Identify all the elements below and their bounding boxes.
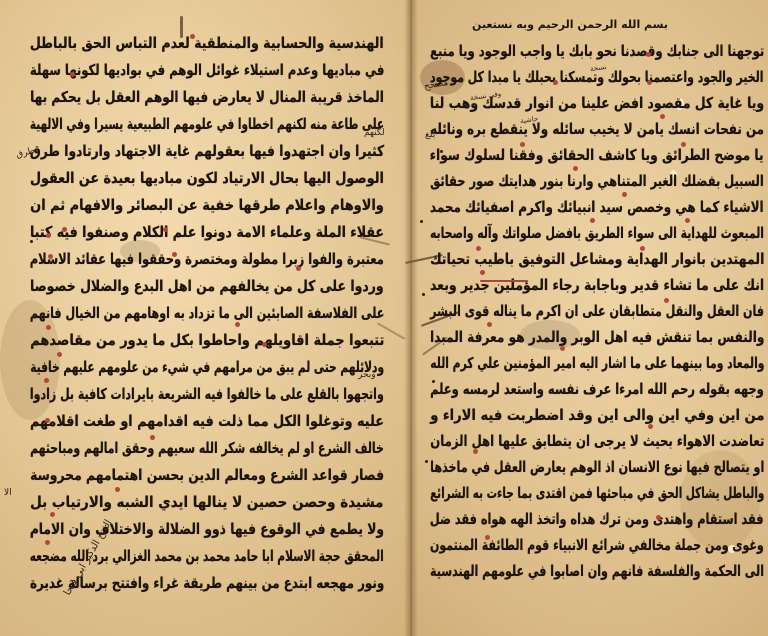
rubric-dot [480, 270, 485, 275]
text-line: الى الحكمة والفلسفة فانهم وان اصابوا في … [430, 562, 764, 580]
text-line: واتجهوا بالقلع على ما خالفوا فيه الشريعة… [30, 385, 384, 403]
text-line: فصار قواعد الشرع ومعالم الدين بحسن اهتما… [30, 466, 384, 484]
rubric-dot [48, 254, 53, 259]
rubric-dot [520, 142, 525, 147]
text-line: مشيدة وحصن حصين لا ينالها ايدي الشبه وال… [31, 493, 384, 511]
text-line: يا موضح الطرائق ويا كاشف الحقائق وفقنا ل… [430, 146, 764, 164]
text-line: فان العقل والنقل متطابقان على ان اكرم ما… [430, 302, 764, 320]
text-line: والمعاد وما بينهما على ما اشار اليه امير… [430, 354, 764, 372]
text-line: في مباديها وعدم استيلاء غوائل الوهم في ب… [30, 61, 384, 79]
text-line: وجهه بقوله رحم الله امرءا عرف نفسه واستع… [430, 380, 764, 398]
text-line: المهتدين بانوار الهداية ومشاعل التوفيق ب… [430, 250, 764, 268]
text-line: تعاضدت الاهواء بحيث لا يرجى ان يتطابق عل… [430, 432, 764, 450]
text-line: تتبعوا جملة اقاويلهم واحاطوا بكل ما يدور… [30, 331, 384, 349]
text-line: الهندسية والحسابية والمنطقية لعدم التباس… [30, 34, 384, 52]
ink-speck [425, 460, 428, 463]
text-line: انك على ما تشاء قدير وباجابة رجاء المؤمل… [430, 276, 764, 294]
text-line: وغوى ومن جملة مخالفي شرائع الانبياء قوم … [430, 536, 764, 554]
text-line: والباطل يشاكل الحق في مباحثها فمن اقتدى … [430, 484, 764, 502]
rubric-dot [685, 218, 690, 223]
text-line: الاشياء كما هي وخصص سيد انبيائك واكرم اص… [430, 198, 764, 216]
text-line: فقد استقام واهتدى ومن ترك هداه واتخذ اله… [430, 510, 764, 528]
left-page-text: الهندسية والحسابية والمنطقية لعدم التباس… [30, 0, 384, 636]
margin-note: الا [4, 488, 12, 498]
rubric-dot [115, 487, 120, 492]
ink-speck [440, 150, 443, 153]
ink-speck [420, 220, 423, 223]
text-line: الوصول اليها بحال الارتياد لكون مباديها … [30, 169, 384, 187]
text-line: من نفحات انسك يامن لا يخيب سائله ولا ينق… [430, 120, 764, 138]
rubric-dot [45, 540, 50, 545]
rubric-dot [150, 435, 155, 440]
text-line: السبيل بفضلك الغير المتناهي وارنا بنور ه… [430, 172, 764, 190]
text-line: كثيرا وان اجتهدوا فيها بعقولهم غاية الاج… [30, 142, 384, 160]
rubric-dot [235, 322, 240, 327]
rubric-dot [647, 80, 652, 85]
text-line: والنفس بما تنقش فيه اهل الوبر والمدر هو … [430, 328, 764, 346]
text-line: عقلاء الملة وعلماء الامة دونوا علم الكلا… [30, 223, 384, 241]
text-line: على طاعة منه لكنهم اخطاوا في علومهم الطب… [30, 115, 384, 133]
ink-speck [30, 240, 33, 243]
manuscript-spread: بسم الله الرحمن الرحيم وبه نستعين توجهنا… [0, 0, 768, 636]
rubric-dot [560, 346, 565, 351]
rubric-dot [473, 449, 478, 454]
text-line: من اين وفي اين والى اين وقد اضطربت فيه ا… [430, 406, 764, 424]
book-spine [404, 0, 418, 636]
rubric-dot [62, 227, 67, 232]
rubric-dot [50, 512, 55, 517]
text-line: ولا يطمع في الوقوع فيها ذوو الضلالة والا… [30, 520, 384, 538]
text-line: على الفلاسفة الصابئين الى ما تزداد به او… [30, 304, 384, 322]
rubric-dot [172, 252, 177, 257]
rubric-dot [646, 52, 651, 57]
rubric-dot [45, 418, 50, 423]
rubric-dot [262, 342, 267, 347]
text-line: عليه وتوغلوا الكل مما ذلت فيه اقدامهم او… [30, 412, 384, 430]
rubric-dot [163, 227, 168, 232]
rubric-dot [485, 535, 490, 540]
margin-note: وبحر [358, 370, 376, 380]
rubric-dot [573, 166, 578, 171]
text-line: الماخذ قريبة المنال لا يعارض فيها الوهم … [30, 88, 384, 106]
margin-note: لكنهم [364, 128, 385, 138]
ink-speck [422, 293, 425, 296]
rubric-dot [476, 246, 481, 251]
rubric-dot [622, 192, 627, 197]
rubric-dot [656, 515, 661, 520]
text-line: ودلائلهم حتى لم يبق من مرامهم في شيء من … [30, 358, 384, 376]
text-line: المبعوث للهداية الى سواء الطريق بافضل صل… [430, 224, 764, 242]
rubric-dot [640, 246, 645, 251]
text-line: توجهنا الى جنابك وقصدنا نحو بابك يا واجب… [430, 42, 764, 60]
rubric-underline [480, 280, 528, 282]
rubric-dot [487, 322, 492, 327]
rubric-dot [46, 325, 51, 330]
rubric-dot [44, 378, 49, 383]
ink-speck [432, 380, 435, 383]
text-line: معتبرة والفوا زبرا مطولة ومختصرة وحققوا … [30, 250, 384, 268]
rubric-dot [70, 72, 75, 77]
rubric-dot [553, 80, 558, 85]
text-line: والاوهام واعلام طرقها خفية عن البصائر وا… [30, 196, 384, 214]
text-line: خالف الشرع او لم يخالفه شكر الله سعيهم و… [30, 439, 384, 457]
rubric-dot [664, 298, 669, 303]
rubric-dot [190, 34, 195, 39]
rubric-dot [681, 142, 686, 147]
rubric-dot [57, 352, 62, 357]
rubric-dot [648, 424, 653, 429]
rubric-dot [590, 218, 595, 223]
text-line: وردوا على كل من يخالفهم من اهل البدع وال… [30, 277, 384, 295]
rubric-dot [46, 233, 51, 238]
rubric-dot [296, 266, 301, 271]
margin-note: بلغ [425, 130, 435, 140]
text-line: او يتصالح فيها نوع الانسان اذ الوهم يعار… [430, 458, 764, 476]
rubric-dot [660, 114, 665, 119]
